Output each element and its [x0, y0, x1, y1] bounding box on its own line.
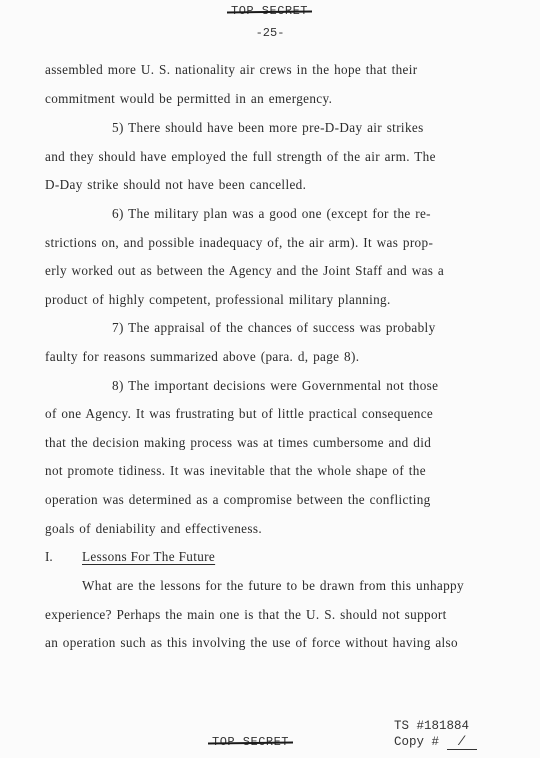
- text-line: commitment would be permitted in an emer…: [45, 91, 332, 107]
- text-line: faulty for reasons summarized above (par…: [45, 349, 359, 365]
- text-line: erly worked out as between the Agency an…: [45, 263, 444, 279]
- text-line: not promote tidiness. It was inevitable …: [45, 463, 426, 479]
- list-item-8: 8) The important decisions were Governme…: [112, 378, 438, 394]
- classification-header: TOP SECRET: [231, 4, 308, 18]
- text-line: experience? Perhaps the main one is that…: [45, 607, 447, 623]
- text-line: operation was determined as a compromise…: [45, 492, 431, 508]
- text-line: of one Agency. It was frustrating but of…: [45, 406, 433, 422]
- text-line: D-Day strike should not have been cancel…: [45, 177, 306, 193]
- text-line: assembled more U. S. nationality air cre…: [45, 62, 418, 78]
- section-letter: I.: [45, 549, 53, 565]
- document-page: TOP SECRET -25- assembled more U. S. nat…: [0, 0, 540, 758]
- list-item-5: 5) There should have been more pre-D-Day…: [112, 120, 424, 136]
- copy-value: /: [447, 735, 477, 750]
- text-line: goals of deniability and effectiveness.: [45, 521, 262, 537]
- text-line: strictions on, and possible inadequacy o…: [45, 235, 433, 251]
- copy-label: Copy #: [394, 735, 439, 749]
- text-line: product of highly competent, professiona…: [45, 292, 391, 308]
- text-line: What are the lessons for the future to b…: [82, 578, 464, 594]
- page-number: -25-: [0, 26, 540, 40]
- text-line: and they should have employed the full s…: [45, 149, 436, 165]
- text-line: that the decision making process was at …: [45, 435, 431, 451]
- text-line: an operation such as this involving the …: [45, 635, 458, 651]
- section-heading: Lessons For The Future: [82, 549, 215, 565]
- copy-number: Copy # /: [394, 735, 477, 750]
- list-item-6: 6) The military plan was a good one (exc…: [112, 206, 431, 222]
- list-item-7: 7) The appraisal of the chances of succe…: [112, 320, 436, 336]
- control-number: TS #181884: [394, 719, 469, 733]
- classification-footer: TOP SECRET: [212, 735, 289, 749]
